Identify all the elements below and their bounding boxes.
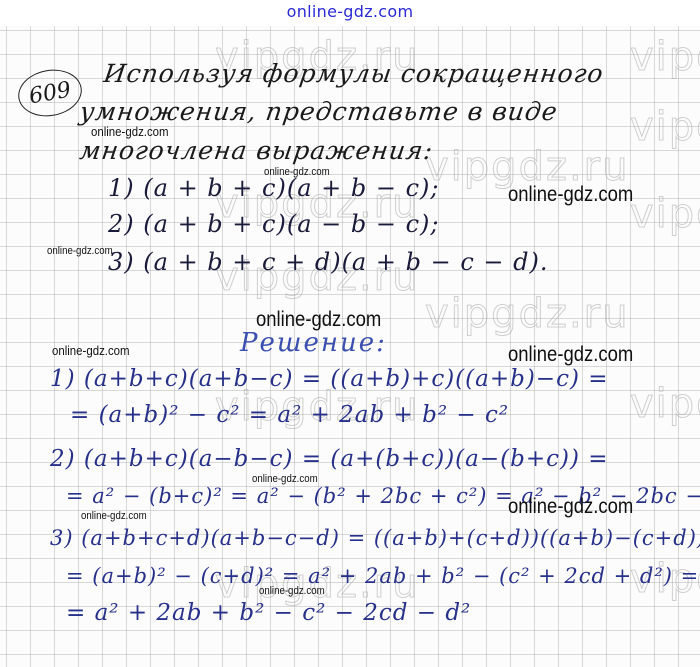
task-item: 1) (a + b + c)(a + b − c); xyxy=(108,174,440,202)
task-number-badge: 609 xyxy=(14,65,85,121)
overlay-watermark: online-gdz.com xyxy=(91,124,169,139)
solution-line: 1) (a+b+c)(a+b−c) = ((a+b)+c)((a+b)−c) = xyxy=(50,366,609,392)
solution-heading: Решение: xyxy=(240,328,387,358)
overlay-watermark: online-gdz.com xyxy=(52,343,130,358)
bg-watermark: vipgdz.ru xyxy=(630,104,700,150)
solution-line: 3) (a+b+c+d)(a+b−c−d) = ((a+b)+(c+d))((a… xyxy=(50,526,700,550)
task-prompt-line: Используя формулы сокращенного xyxy=(102,59,606,88)
bg-watermark: vipgdz.ru xyxy=(630,34,700,80)
task-number: 609 xyxy=(27,77,73,109)
header-watermark: online-gdz.com xyxy=(0,2,700,21)
overlay-watermark: online-gdz.com xyxy=(47,245,113,257)
task-item: 3) (a + b + c + d)(a + b − c − d). xyxy=(108,248,549,276)
bg-watermark: vipgdz.ru xyxy=(630,191,700,237)
overlay-watermark: online-gdz.com xyxy=(508,343,633,367)
task-prompt-line: многочлена выражения: xyxy=(78,136,435,165)
overlay-watermark: online-gdz.com xyxy=(256,308,381,332)
solution-line: = (a+b)² − (c+d)² = a² + 2ab + b² − (c² … xyxy=(66,564,699,588)
overlay-watermark: online-gdz.com xyxy=(264,166,330,178)
overlay-watermark: online-gdz.com xyxy=(259,585,325,597)
bg-watermark: vipgdz.ru xyxy=(425,291,629,337)
overlay-watermark: online-gdz.com xyxy=(508,183,633,207)
solution-line: 2) (a+b+c)(a−b−c) = (a+(b+c))(a−(b+c)) = xyxy=(50,446,609,472)
overlay-watermark: online-gdz.com xyxy=(252,473,318,485)
task-prompt-line: умножения, представьте в виде xyxy=(78,97,560,126)
overlay-watermark: online-gdz.com xyxy=(81,510,147,522)
task-item: 2) (a + b + c)(a − b − c); xyxy=(108,210,440,238)
bg-watermark: vipgdz.ru xyxy=(630,381,700,427)
solution-line: = (a+b)² − c² = a² + 2ab + b² − c² xyxy=(70,402,509,428)
overlay-watermark: online-gdz.com xyxy=(508,495,633,519)
solution-line: = a² + 2ab + b² − c² − 2cd − d² xyxy=(66,600,471,626)
